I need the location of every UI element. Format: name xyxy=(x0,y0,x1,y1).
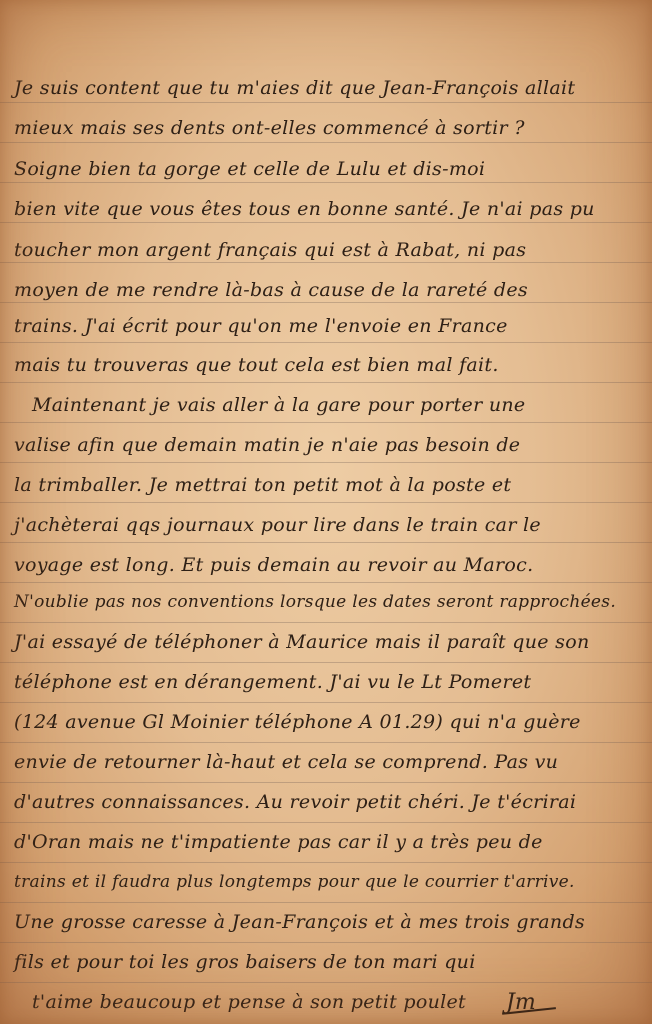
letter-line: mieux mais ses dents ont-elles commencé … xyxy=(0,116,652,140)
ruled-line xyxy=(0,102,652,103)
letter-line: N'oublie pas nos conventions lorsque les… xyxy=(0,590,652,614)
ruled-line xyxy=(0,182,652,183)
letter-line: (124 avenue Gl Moinier téléphone A 01.29… xyxy=(0,710,652,734)
letter-line: Maintenant je vais aller à la gare pour … xyxy=(0,393,652,417)
letter-line: bien vite que vous êtes tous en bonne sa… xyxy=(0,197,652,221)
ruled-line xyxy=(0,382,652,383)
ruled-line xyxy=(0,862,652,863)
ruled-line xyxy=(0,302,652,303)
ruled-line xyxy=(0,942,652,943)
ruled-line xyxy=(0,262,652,263)
letter-line: j'achèterai qqs journaux pour lire dans … xyxy=(0,513,652,537)
letter-line: J'ai essayé de téléphoner à Maurice mais… xyxy=(0,630,652,654)
ruled-line xyxy=(0,142,652,143)
letter-page: Je suis content que tu m'aies dit que Je… xyxy=(0,0,652,1024)
ruled-line xyxy=(0,222,652,223)
letter-line: envie de retourner là-haut et cela se co… xyxy=(0,750,652,774)
ruled-line xyxy=(0,502,652,503)
ruled-line xyxy=(0,622,652,623)
letter-line: d'autres connaissances. Au revoir petit … xyxy=(0,790,652,814)
ruled-line xyxy=(0,662,652,663)
letter-line: téléphone est en dérangement. J'ai vu le… xyxy=(0,670,652,694)
letter-line: d'Oran mais ne t'impatiente pas car il y… xyxy=(0,830,652,854)
letter-line: t'aime beaucoup et pense à son petit pou… xyxy=(0,990,652,1014)
letter-line: mais tu trouveras que tout cela est bien… xyxy=(0,353,652,377)
letter-line: Soigne bien ta gorge et celle de Lulu et… xyxy=(0,157,652,181)
ruled-line xyxy=(0,542,652,543)
letter-line: Une grosse caresse à Jean-François et à … xyxy=(0,910,652,934)
letter-line: voyage est long. Et puis demain au revoi… xyxy=(0,553,652,577)
letter-line: trains. J'ai écrit pour qu'on me l'envoi… xyxy=(0,314,652,338)
ruled-line xyxy=(0,742,652,743)
ruled-line xyxy=(0,702,652,703)
letter-line: la trimballer. Je mettrai ton petit mot … xyxy=(0,473,652,497)
ruled-line xyxy=(0,782,652,783)
ruled-line xyxy=(0,342,652,343)
ruled-line xyxy=(0,822,652,823)
ruled-line xyxy=(0,982,652,983)
ruled-line xyxy=(0,902,652,903)
letter-line: trains et il faudra plus longtemps pour … xyxy=(0,870,652,894)
ruled-line xyxy=(0,462,652,463)
letter-line: valise afin que demain matin je n'aie pa… xyxy=(0,433,652,457)
ruled-line xyxy=(0,582,652,583)
letter-line: toucher mon argent français qui est à Ra… xyxy=(0,238,652,262)
letter-line: fils et pour toi les gros baisers de ton… xyxy=(0,950,652,974)
letter-line: moyen de me rendre là-bas à cause de la … xyxy=(0,278,652,302)
ruled-line xyxy=(0,422,652,423)
letter-line: Je suis content que tu m'aies dit que Je… xyxy=(0,76,652,100)
signature: Jm xyxy=(506,990,536,1015)
